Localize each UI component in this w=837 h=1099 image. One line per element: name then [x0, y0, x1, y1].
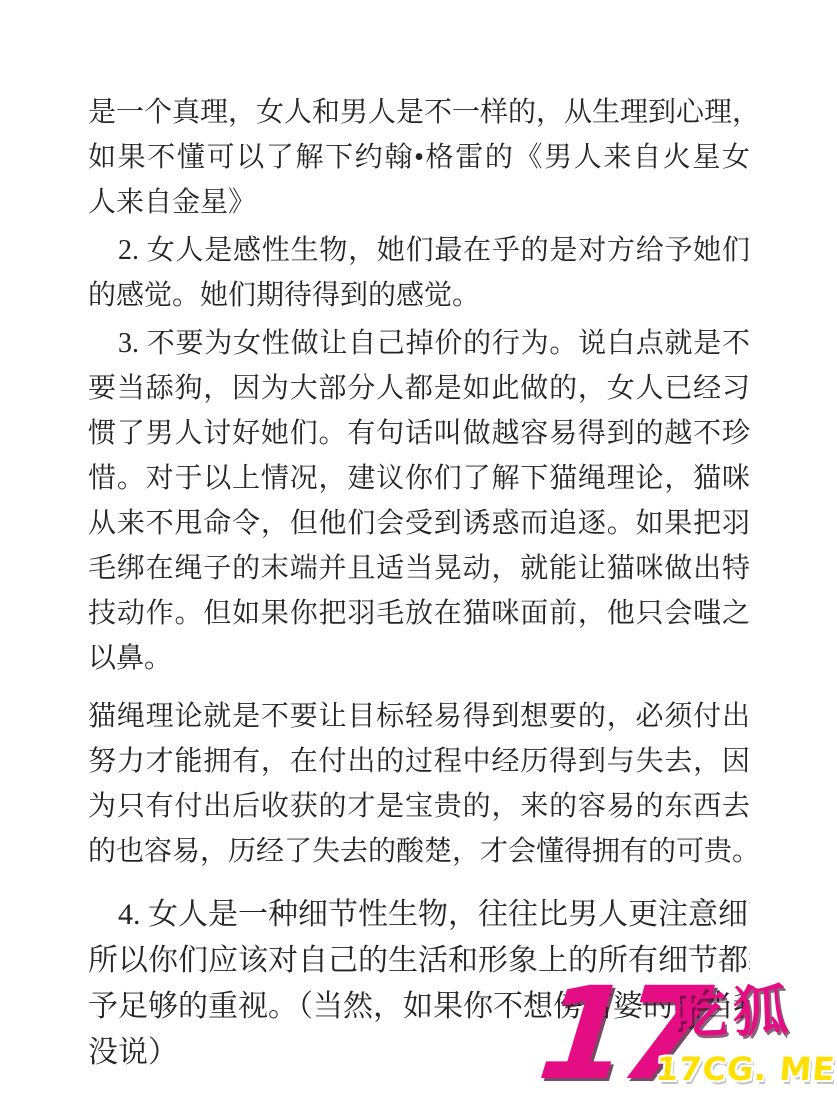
text-line: 为只有付出后收获的才是宝贵的，来的容易的东西去	[88, 784, 750, 829]
body-text: 是一个真理，女人和男人是不一样的，从生理到心理，如果不懂可以了解下约翰•格雷的《…	[88, 90, 750, 1079]
text-line: 惯了男人讨好她们。有句话叫做越容易得到的越不珍	[88, 411, 750, 456]
text-line: 的也容易，历经了失去的酸楚，才会懂得拥有的可贵。	[88, 829, 750, 874]
document-page: 是一个真理，女人和男人是不一样的，从生理到心理，如果不懂可以了解下约翰•格雷的《…	[0, 0, 837, 1099]
text-line: 2. 女人是感性生物，她们最在乎的是对方给予她们	[88, 228, 750, 273]
paragraph: 2. 女人是感性生物，她们最在乎的是对方给予她们的感觉。她们期待得到的感觉。	[88, 228, 750, 318]
text-line: 4. 女人是一种细节性生物，往往比男人更注意细节，	[88, 892, 750, 938]
watermark-logo: 17 吃狐 17CG. ME	[540, 983, 837, 1099]
text-line: 是一个真理，女人和男人是不一样的，从生理到心理，	[88, 90, 750, 135]
text-line: 人来自金星》	[88, 180, 750, 225]
text-line: 从来不甩命令，但他们会受到诱惑而追逐。如果把羽	[88, 501, 750, 546]
watermark-site-url: 17CG. ME	[655, 1053, 837, 1085]
text-line: 要当舔狗，因为大部分人都是如此做的，女人已经习	[88, 366, 750, 411]
text-line: 毛绑在绳子的末端并且适当晃动，就能让猫咪做出特	[88, 546, 750, 591]
text-line: 技动作。但如果你把羽毛放在猫咪面前，他只会嗤之	[88, 591, 750, 636]
paragraph: 猫绳理论就是不要让目标轻易得到想要的，必须付出努力才能拥有，在付出的过程中经历得…	[88, 694, 750, 874]
paragraph: 3. 不要为女性做让自己掉价的行为。说白点就是不要当舔狗，因为大部分人都是如此做…	[88, 321, 750, 681]
text-line: 猫绳理论就是不要让目标轻易得到想要的，必须付出	[88, 694, 750, 739]
text-line: 3. 不要为女性做让自己掉价的行为。说白点就是不	[88, 321, 750, 366]
text-line: 惜。对于以上情况，建议你们了解下猫绳理论，猫咪	[88, 456, 750, 501]
paragraph: 是一个真理，女人和男人是不一样的，从生理到心理，如果不懂可以了解下约翰•格雷的《…	[88, 90, 750, 225]
text-line: 的感觉。她们期待得到的感觉。	[88, 273, 750, 318]
text-line: 努力才能拥有，在付出的过程中经历得到与失去，因	[88, 739, 750, 784]
text-line: 如果不懂可以了解下约翰•格雷的《男人来自火星女	[88, 135, 750, 180]
watermark-brand-text: 吃狐	[671, 983, 795, 1042]
text-line: 以鼻。	[88, 636, 750, 681]
